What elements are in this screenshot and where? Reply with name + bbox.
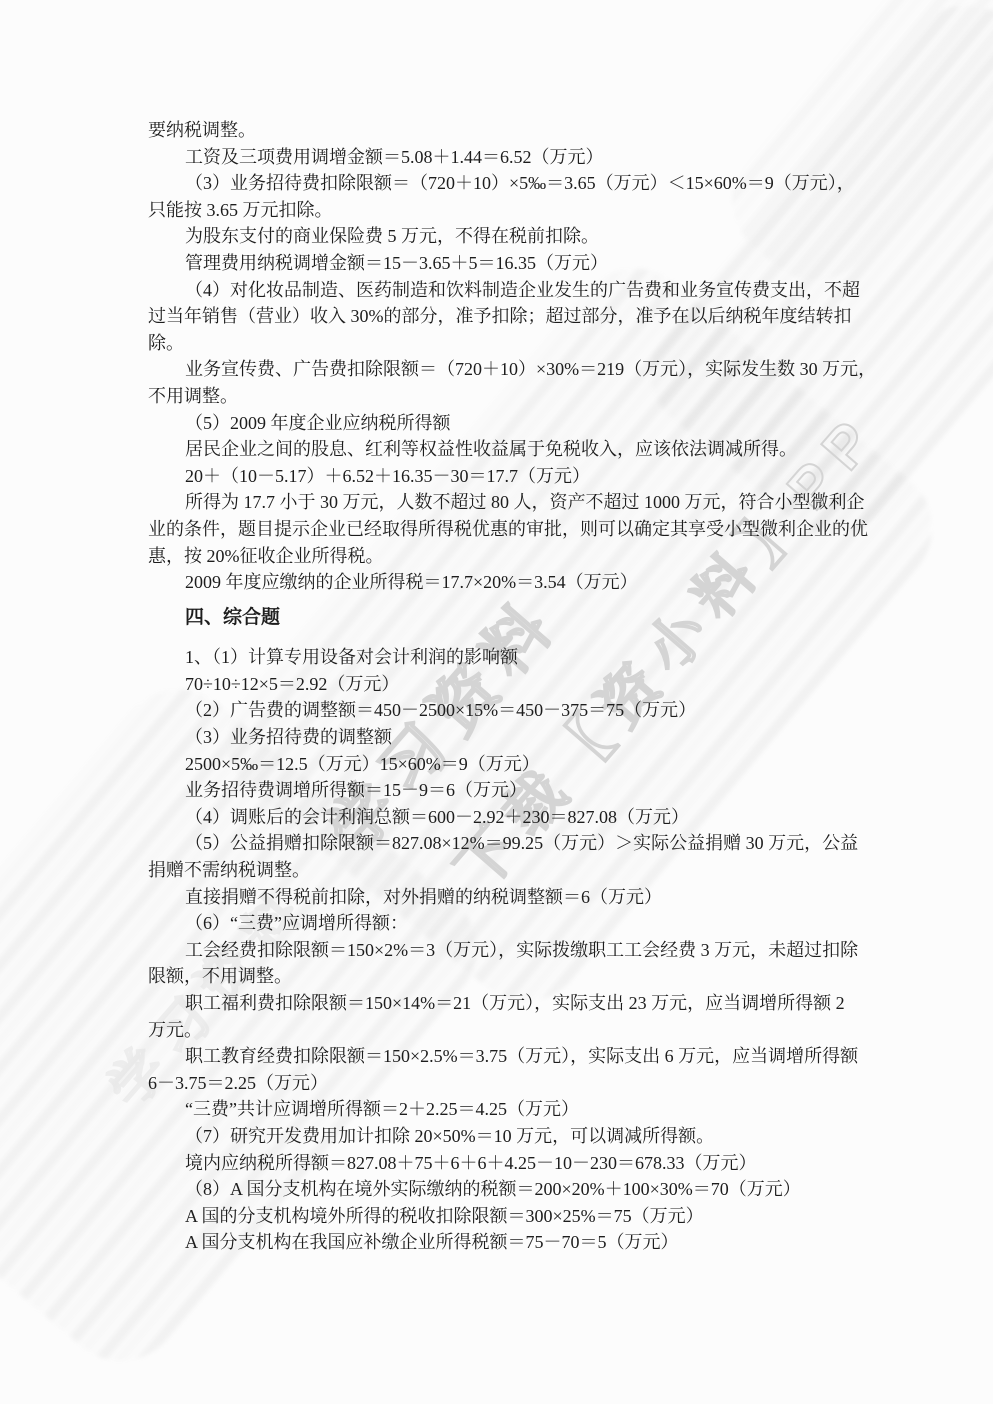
text-line: 除。 — [148, 330, 866, 357]
text-line: 工会经费扣除限额＝150×2%＝3（万元），实际拨缴职工工会经费 3 万元，未超… — [148, 937, 866, 964]
text-line: 业务宣传费、广告费扣除限额＝（720＋10）×30%＝219（万元），实际发生数… — [148, 356, 866, 383]
text-line: 2500×5‰＝12.5（万元）15×60%＝9（万元） — [148, 751, 866, 778]
text-line: （5）公益捐赠扣除限额＝827.08×12%＝99.25（万元）＞实际公益捐赠 … — [148, 830, 866, 857]
text-line: 业的条件，题目提示企业已经取得所得税优惠的审批，则可以确定其享受小型微利企业的优 — [148, 516, 866, 543]
text-line: “三费”共计应调增所得额＝2＋2.25＝4.25（万元） — [148, 1096, 866, 1123]
text-line: （2）广告费的调整额＝450－2500×15%＝450－375＝75（万元） — [148, 697, 866, 724]
text-line: 万元。 — [148, 1017, 866, 1044]
document-body: 要纳税调整。工资及三项费用调增金额＝5.08＋1.44＝6.52（万元）（3）业… — [148, 117, 866, 1256]
text-line: 1、（1）计算专用设备对会计利润的影响额 — [148, 644, 866, 671]
text-line: 2009 年度应缴纳的企业所得税＝17.7×20%＝3.54（万元） — [148, 569, 866, 596]
text-line: 所得为 17.7 小于 30 万元，人数不超过 80 人，资产不超过 1000 … — [148, 489, 866, 516]
text-line: 境内应纳税所得额＝827.08＋75＋6＋6＋4.25－10－230＝678.3… — [148, 1150, 866, 1177]
text-line: （3）业务招待费扣除限额＝（720＋10）×5‰＝3.65（万元）＜15×60%… — [148, 170, 866, 197]
text-line: （6）“三费”应调增所得额： — [148, 910, 866, 937]
text-line: （3）业务招待费的调整额 — [148, 724, 866, 751]
text-line: 管理费用纳税调增金额＝15－3.65＋5＝16.35（万元） — [148, 250, 866, 277]
text-line: 职工福利费扣除限额＝150×14%＝21（万元），实际支出 23 万元，应当调增… — [148, 990, 866, 1017]
text-line: （8）A 国分支机构在境外实际缴纳的税额＝200×20%＋100×30%＝70（… — [148, 1176, 866, 1203]
text-line: 20＋（10－5.17）＋6.52＋16.35－30＝17.7（万元） — [148, 463, 866, 490]
text-line: 要纳税调整。 — [148, 117, 866, 144]
text-line: （4）对化妆品制造、医药制造和饮料制造企业发生的广告费和业务宣传费支出，不超 — [148, 277, 866, 304]
text-line: A 国分支机构在我国应补缴企业所得税额＝75－70＝5（万元） — [148, 1229, 866, 1256]
text-line: （7）研究开发费用加计扣除 20×50%＝10 万元，可以调减所得额。 — [148, 1123, 866, 1150]
text-line: 捐赠不需纳税调整。 — [148, 857, 866, 884]
text-line: （4）调账后的会计利润总额＝600－2.92＋230＝827.08（万元） — [148, 804, 866, 831]
section-heading: 四、综合题 — [148, 605, 866, 632]
text-line: 不用调整。 — [148, 383, 866, 410]
text-line: 居民企业之间的股息、红利等权益性收益属于免税收入，应该依法调减所得。 — [148, 436, 866, 463]
text-line: 为股东支付的商业保险费 5 万元，不得在税前扣除。 — [148, 223, 866, 250]
text-line: 业务招待费调增所得额＝15－9＝6（万元） — [148, 777, 866, 804]
text-line: 惠，按 20%征收企业所得税。 — [148, 543, 866, 570]
text-line: 只能按 3.65 万元扣除。 — [148, 197, 866, 224]
text-line: 限额，不用调整。 — [148, 963, 866, 990]
text-line: A 国的分支机构境外所得的税收扣除限额＝300×25%＝75（万元） — [148, 1203, 866, 1230]
text-line: （5）2009 年度企业应纳税所得额 — [148, 410, 866, 437]
text-line: 6－3.75＝2.25（万元） — [148, 1070, 866, 1097]
text-line: 过当年销售（营业）收入 30%的部分，准予扣除；超过部分，准予在以后纳税年度结转… — [148, 303, 866, 330]
text-line: 直接捐赠不得税前扣除，对外捐赠的纳税调整额＝6（万元） — [148, 884, 866, 911]
text-line: 职工教育经费扣除限额＝150×2.5%＝3.75（万元），实际支出 6 万元，应… — [148, 1043, 866, 1070]
document-page: 学习资料 下载【资小料】PP 学习资料 要纳税调整。工资及三项费用调增金额＝5.… — [0, 0, 993, 1404]
text-line: 70÷10÷12×5＝2.92（万元） — [148, 671, 866, 698]
text-line: 工资及三项费用调增金额＝5.08＋1.44＝6.52（万元） — [148, 144, 866, 171]
